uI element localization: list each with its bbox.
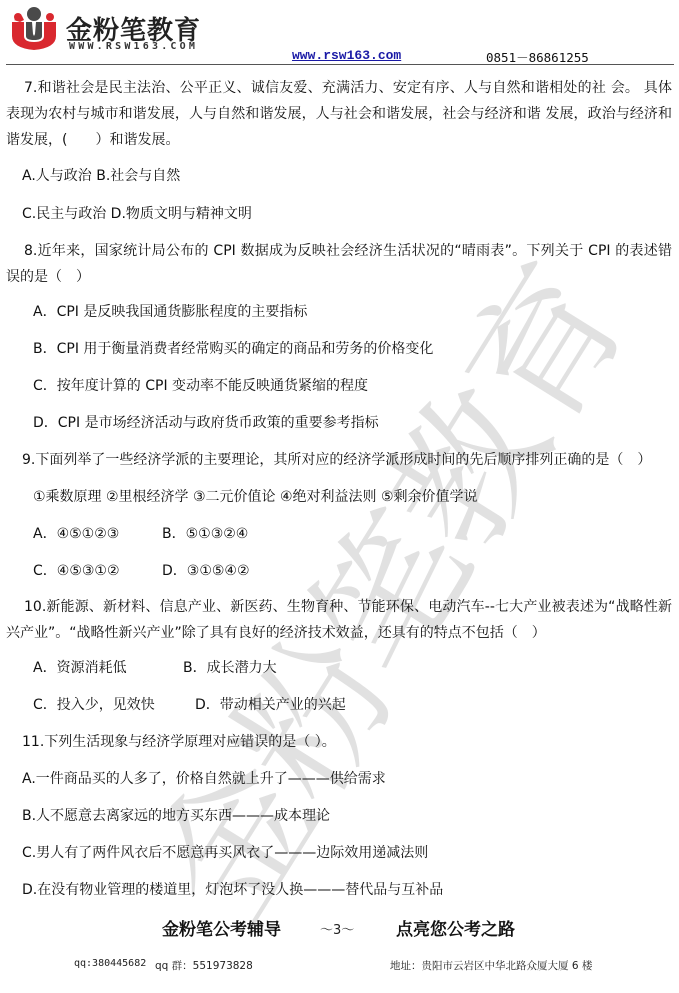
question-8-option-b: B．CPI 用于衡量消费者经常购买的确定的商品和劳务的价格变化 (33, 339, 433, 359)
header-divider (6, 64, 674, 65)
question-7-options-cd: C.民主与政治 D.物质文明与精神文明 (22, 204, 252, 224)
question-10-option-c: C．投入少，见效快 (33, 695, 155, 715)
question-11-option-d: D.在没有物业管理的楼道里，灯泡坏了没人换———替代品与互补品 (22, 880, 443, 900)
question-7-stem: 7.和谐社会是民主法治、公平正义、诚信友爱、充满活力、安定有序、人与自然和谐相处… (6, 75, 672, 153)
question-8-stem: 8.近年来，国家统计局公布的 CPI 数据成为反映社会经济生活状况的“晴雨表”。… (6, 238, 672, 290)
question-9-option-d: D．③①⑤④② (162, 561, 250, 581)
logo-subtitle: WWW.RSW163.COM (69, 41, 198, 52)
question-10-option-d: D．带动相关产业的兴起 (195, 695, 346, 715)
page-number: ～3～ (320, 919, 354, 938)
footer-right-title: 点亮您公考之路 (396, 915, 515, 940)
footer-left-title: 金粉笔公考辅导 (162, 915, 281, 940)
question-9-option-a: A．④⑤①②③ (33, 524, 119, 544)
footer-qq: qq:380445682 (74, 958, 146, 969)
question-8-option-c: C．按年度计算的 CPI 变动率不能反映通货紧缩的程度 (33, 376, 368, 396)
footer-address: 地址：贵阳市云岩区中华北路众厦大厦 6 楼 (390, 958, 592, 973)
website-link[interactable]: www.rsw163.com (292, 48, 401, 63)
page-header: 金粉笔教育 WWW.RSW163.COM www.rsw163.com 0851… (0, 0, 679, 66)
question-11-option-b: B.人不愿意去离家远的地方买东西———成本理论 (22, 806, 330, 826)
question-8-option-d: D．CPI 是市场经济活动与政府货币政策的重要参考指标 (33, 413, 379, 433)
footer-qq-group: qq 群：551973828 (155, 958, 253, 973)
question-11-option-c: C.男人有了两件风衣后不愿意再买风衣了———边际效用递减法则 (22, 843, 428, 863)
question-11-option-a: A.一件商品买的人多了，价格自然就上升了———供给需求 (22, 769, 386, 789)
question-10-option-b: B．成长潜力大 (183, 658, 277, 678)
question-9-option-b: B．⑤①③②④ (162, 524, 248, 544)
question-9-items: ①乘数原理 ②里根经济学 ③二元价值论 ④绝对利益法则 ⑤剩余价值学说 (33, 487, 478, 507)
question-7-options-ab: A.人与政治 B.社会与自然 (22, 166, 180, 186)
logo-icon (10, 6, 58, 50)
question-9-option-c: C．④⑤③①② (33, 561, 120, 581)
question-10-option-a: A．资源消耗低 (33, 658, 127, 678)
question-9-stem: 9.下面列举了一些经济学派的主要理论，其所对应的经济学派形成时间的先后顺序排列正… (22, 450, 651, 470)
question-11-stem: 11.下列生活现象与经济学原理对应错误的是（ ）。 (22, 732, 336, 752)
question-10-stem: 10.新能源、新材料、信息产业、新医药、生物育种、节能环保、电动汽车--七大产业… (6, 594, 672, 646)
question-8-option-a: A．CPI 是反映我国通货膨胀程度的主要指标 (33, 302, 307, 322)
